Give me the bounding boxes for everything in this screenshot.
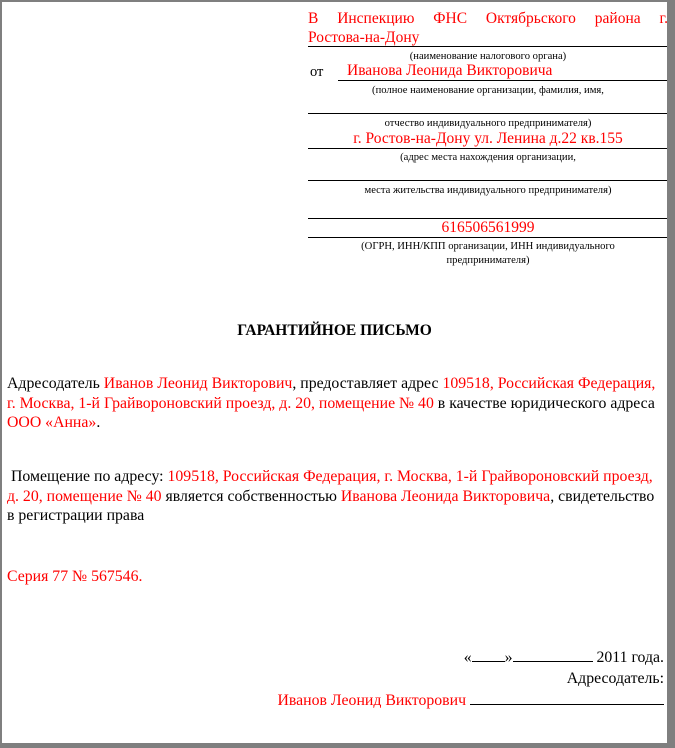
recipient-underline — [308, 46, 667, 47]
recipient-block: В Инспекцию ФНС Октябрьского района г. Р… — [308, 9, 667, 47]
p2-owner-name: Иванова Леонида Викторовича — [341, 488, 550, 505]
address-value: г. Ростов-на-Дону ул. Ленина д.22 кв.155 — [308, 130, 667, 148]
recipient-word: Октябрьского — [486, 9, 576, 28]
inn-caption-2: предпринимателя) — [308, 254, 667, 267]
day-blank — [472, 647, 505, 662]
p1-text: . — [96, 414, 100, 431]
recipient-word: ФНС — [433, 9, 467, 28]
p2-text: является собственностью — [162, 488, 341, 505]
role-label: Адресодатель: — [567, 669, 664, 689]
from-underline-2 — [308, 113, 667, 114]
p1-text: в качестве юридического адреса — [434, 395, 655, 412]
paragraph-2: Помещение по адресу: 109518, Российская … — [7, 467, 665, 526]
certificate-number: Серия 77 № 567546. — [7, 567, 665, 587]
date-quote-close: » — [505, 649, 513, 666]
address-underline — [308, 148, 667, 149]
recipient-word: района — [595, 9, 641, 28]
from-underline — [338, 80, 667, 81]
p2-text: Помещение по адресу: — [7, 468, 168, 485]
inn-underline — [308, 237, 667, 238]
address-underline-2 — [308, 180, 667, 181]
date-line: «» 2011 года. — [464, 647, 664, 668]
signer-name: Иванов Леонид Викторович — [278, 692, 467, 709]
signature-blank — [470, 690, 664, 705]
from-caption-2: отчество индивидуального предпринимателя… — [308, 117, 667, 130]
signer-line: Иванов Леонид Викторович — [278, 690, 665, 711]
p1-text: Адресодатель — [7, 375, 104, 392]
from-caption-1: (полное наименование организации, фамили… — [308, 84, 667, 97]
recipient-line-2: Ростова-на-Дону — [308, 28, 667, 47]
address-caption-1: (адрес места нахождения организации, — [308, 151, 667, 164]
recipient-word: Инспекцию — [337, 9, 414, 28]
document-page: В Инспекцию ФНС Октябрьского района г. Р… — [2, 2, 667, 743]
p1-addressor-name: Иванов Леонид Викторович — [104, 375, 293, 392]
p1-text: , предоставляет адрес — [292, 375, 442, 392]
address-caption-2: места жительства индивидуального предпри… — [308, 184, 667, 197]
recipient-word: г. — [659, 9, 667, 28]
inn-caption-1: (ОГРН, ИНН/КПП организации, ИНН индивиду… — [308, 240, 667, 253]
recipient-word: В — [308, 9, 318, 28]
month-blank — [513, 647, 593, 662]
from-name: Иванова Леонида Викторовича — [347, 62, 552, 80]
document-title: ГАРАНТИЙНОЕ ПИСЬМО — [2, 322, 667, 340]
recipient-line-1: В Инспекцию ФНС Октябрьского района г. — [308, 9, 667, 28]
p1-company-name: ООО «Анна» — [7, 414, 96, 431]
paragraph-1: Адресодатель Иванов Леонид Викторович, п… — [7, 374, 665, 433]
inn-value: 616506561999 — [308, 219, 667, 237]
date-year: 2011 года. — [593, 649, 664, 666]
from-label: от — [310, 64, 323, 81]
date-quote-open: « — [464, 649, 472, 666]
